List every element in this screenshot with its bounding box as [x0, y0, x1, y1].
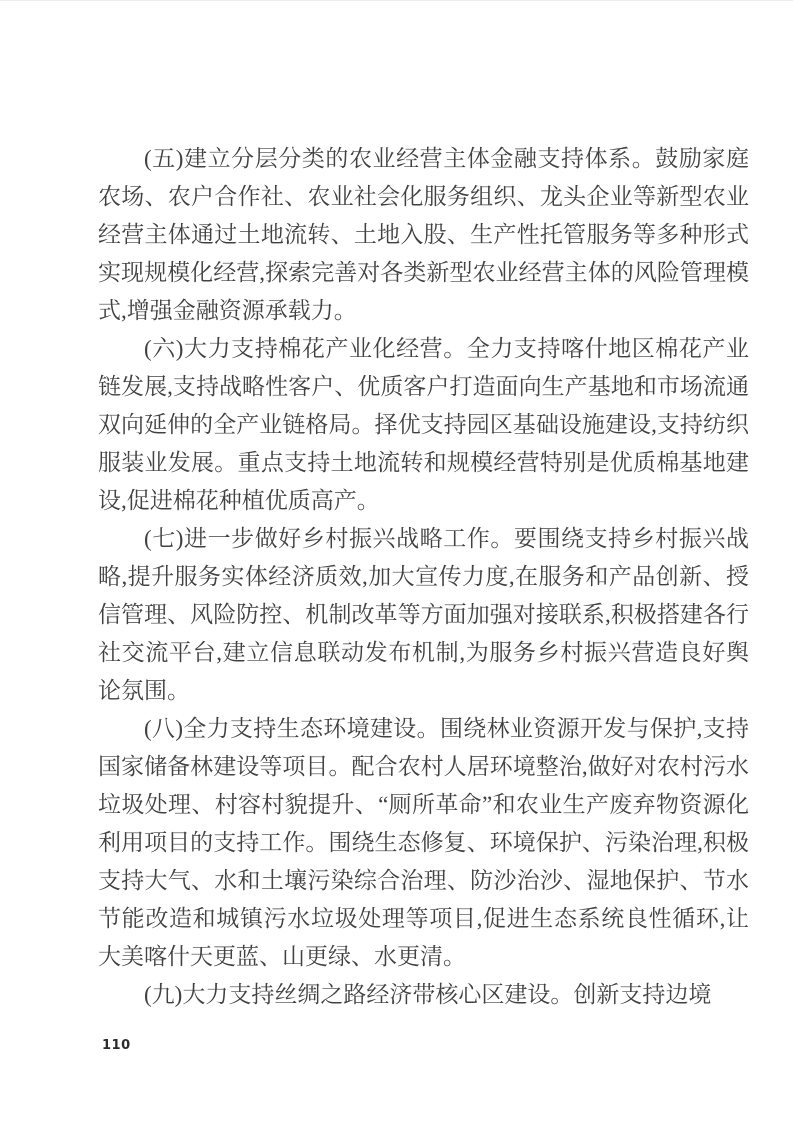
document-page: (五)建立分层分类的农业经营主体金融支持体系。鼓励家庭农场、农户合作社、农业社会… [0, 0, 793, 1122]
page-number: 110 [102, 1038, 131, 1053]
paragraph-section-9: (九)大力支持丝绸之路经济带核心区建设。创新支持边境 [98, 976, 749, 1014]
paragraph-section-7: (七)进一步做好乡村振兴战略工作。要围绕支持乡村振兴战略,提升服务实体经济质效,… [98, 520, 749, 710]
paragraph-section-6: (六)大力支持棉花产业化经营。全力支持喀什地区棉花产业链发展,支持战略性客户、优… [98, 330, 749, 520]
page-body-text: (五)建立分层分类的农业经营主体金融支持体系。鼓励家庭农场、农户合作社、农业社会… [98, 140, 749, 1014]
paragraph-section-8: (八)全力支持生态环境建设。围绕林业资源开发与保护,支持国家储备林建设等项目。配… [98, 710, 749, 976]
paragraph-section-5: (五)建立分层分类的农业经营主体金融支持体系。鼓励家庭农场、农户合作社、农业社会… [98, 140, 749, 330]
